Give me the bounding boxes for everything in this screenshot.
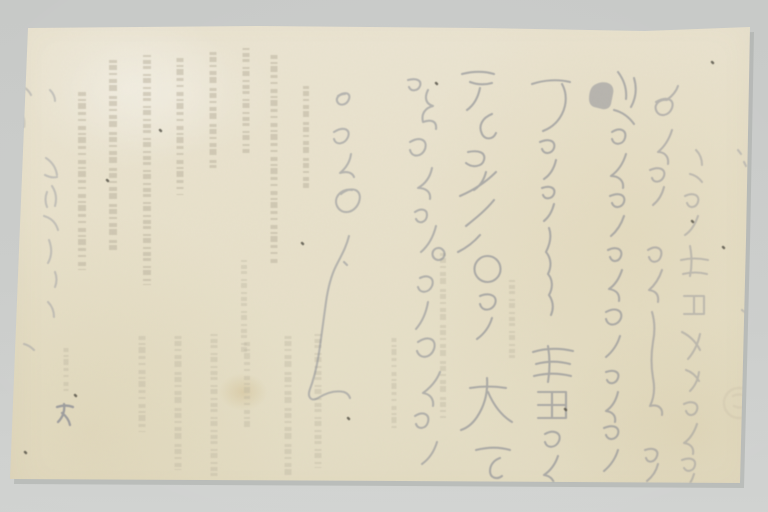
paper-grain-texture <box>0 0 768 512</box>
manuscript-photograph <box>0 0 768 512</box>
ink-layer <box>0 0 768 512</box>
